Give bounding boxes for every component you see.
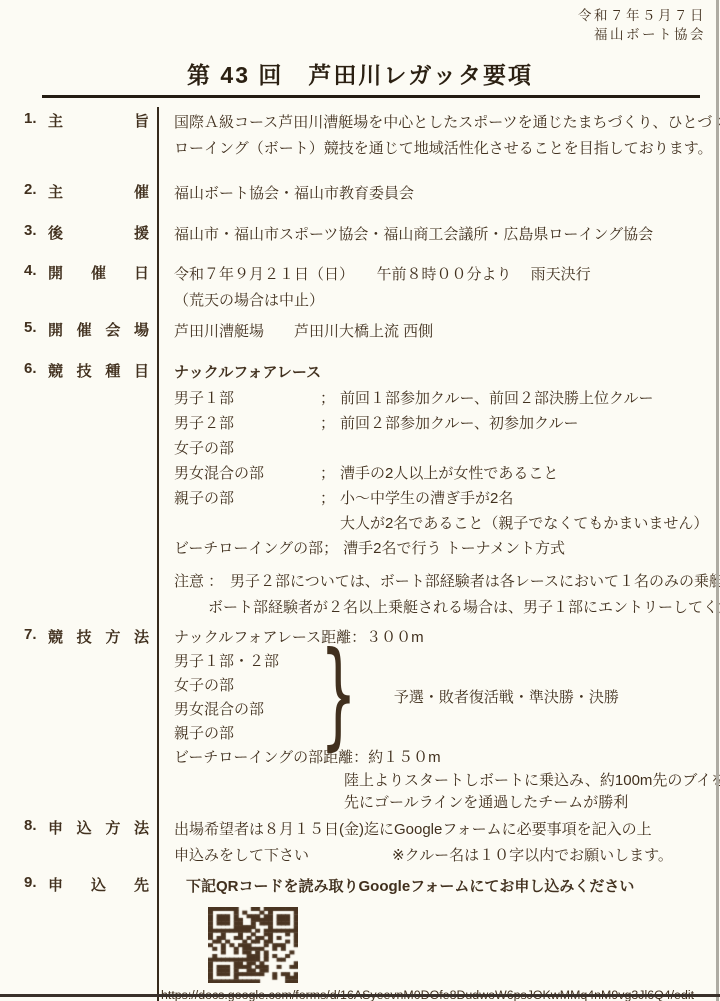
- document-page: 令和７年５月７日 福山ボート協会 第 43 回 芦田川レガッタ要項 1. 主旨 …: [0, 0, 720, 1001]
- section-content: 芦田川漕艇場 芦田川大橋上流 西側: [157, 316, 720, 357]
- section-label-text: 主旨: [48, 110, 149, 131]
- section-event-date: 4. 開催日 令和７年９月２１日（日） 午前８時００分より 雨天決行 （荒天の場…: [0, 259, 720, 316]
- scan-edge-right: [716, 0, 719, 1001]
- section-number: 6.: [24, 360, 48, 377]
- title-underline: [42, 95, 700, 98]
- section-application-method: 8. 申込方法 出場希望者は８月１５日(金)迄にGoogleフォームに必要事項を…: [0, 814, 720, 871]
- event-name: 男女混合の部: [174, 461, 320, 486]
- section-content: 令和７年９月２１日（日） 午前８時００分より 雨天決行 （荒天の場合は中止）: [157, 259, 720, 316]
- qr-instruction-heading: 下記QRコードを読み取りGoogleフォームにてお申し込みください: [186, 874, 718, 899]
- event-description: 小～中学生の漕ぎ手が2名: [340, 486, 718, 511]
- text-line: 申込みをして下さい ※クルー名は１０字以内でお願いします。: [174, 843, 718, 869]
- event-row: 男子１部 ； 前回１部参加クルー、前回２部決勝上位クルー: [174, 386, 718, 411]
- text-line: 陸上よりスタートしボートに乗込み、約100m先のブイを回って: [344, 770, 718, 792]
- section-content: 福山ボート協会・福山市教育委員会: [157, 178, 720, 219]
- section-race-format: 7. 競技方法 ナックルフォアレース 距離：３００m 男子１部・２部 女子の部 …: [0, 623, 720, 814]
- notice-block: 注意 ： 男子２部については、ボート部経験者は各レースにおいて１名のみの乗艇可と…: [174, 569, 718, 621]
- sections-container: 1. 主旨 国際Ａ級コース芦田川漕艇場を中心としたスポーツを通じたまちづくり、ひ…: [0, 107, 720, 1001]
- event-separator: ；: [320, 461, 340, 486]
- distance-row: ビーチローイングの部 距離：約１５０m: [174, 746, 718, 770]
- distance-value: 距離：３００m: [321, 626, 718, 650]
- section-label: 3. 後援: [0, 219, 157, 259]
- text-line: 福山市・福山市スポーツ協会・福山商工会議所・広島県ローイング協会: [174, 222, 718, 248]
- distance-row: ナックルフォアレース 距離：３００m: [174, 626, 718, 650]
- section-label: 8. 申込方法: [0, 814, 157, 871]
- event-name: 男子２部: [174, 411, 320, 436]
- event-row: 女子の部: [174, 436, 718, 461]
- section-label: 4. 開催日: [0, 259, 157, 316]
- text-line: 令和７年９月２１日（日） 午前８時００分より 雨天決行: [174, 262, 718, 288]
- section-purpose: 1. 主旨 国際Ａ級コース芦田川漕艇場を中心としたスポーツを通じたまちづくり、ひ…: [0, 107, 720, 178]
- section-label-text: 競技種目: [48, 360, 149, 381]
- bottom-rule: [0, 994, 720, 997]
- section-number: 8.: [24, 817, 48, 834]
- crew-name-note: ※クルー名は１０字以内でお願いします。: [392, 843, 673, 869]
- text-line: 芦田川漕艇場 芦田川大橋上流 西側: [174, 319, 718, 345]
- brace-group: 男子１部・２部 女子の部 男女混合の部 親子の部 } 予選・敗者復活戦・準決勝・…: [174, 650, 718, 746]
- section-label: 7. 競技方法: [0, 623, 157, 814]
- notice-text: ボート部経験者が２名以上乗艇される場合は、男子１部にエントリーしてくだい。: [208, 595, 718, 621]
- section-content: ナックルフォアレース 距離：３００m 男子１部・２部 女子の部 男女混合の部 親…: [157, 623, 720, 814]
- text-part: 申込みをして下さい: [174, 843, 392, 869]
- event-row: 男女混合の部 ； 漕手の2人以上が女性であること: [174, 461, 718, 486]
- section-number: 9.: [24, 874, 48, 891]
- event-separator: [320, 511, 340, 536]
- section-content: 出場希望者は８月１５日(金)迄にGoogleフォームに必要事項を記入の上 申込み…: [157, 814, 720, 871]
- event-separator: ；: [320, 386, 340, 411]
- section-label-text: 申込先: [48, 874, 149, 895]
- section-label: 5. 開催会場: [0, 316, 157, 357]
- brace-item: 親子の部: [174, 722, 320, 746]
- header-date-block: 令和７年５月７日 福山ボート協会: [0, 0, 720, 44]
- section-supporters: 3. 後援 福山市・福山市スポーツ協会・福山商工会議所・広島県ローイング協会: [0, 219, 720, 259]
- page-title: 第 43 回 芦田川レガッタ要項: [0, 57, 720, 90]
- event-separator: ；: [323, 536, 343, 561]
- issue-date: 令和７年５月７日: [0, 6, 706, 25]
- event-separator: ；: [320, 411, 340, 436]
- section-content: 下記QRコードを読み取りGoogleフォームにてお申し込みください https:…: [157, 871, 720, 1001]
- section-race-categories: 6. 競技種目 ナックルフォアレース 男子１部 ； 前回１部参加クルー、前回２部…: [0, 357, 720, 623]
- event-name: ビーチローイングの部: [174, 536, 323, 561]
- notice-line: 注意 ： 男子２部については、ボート部経験者は各レースにおいて１名のみの乗艇可と…: [174, 569, 718, 595]
- event-description: 前回１部参加クルー、前回２部決勝上位クルー: [340, 386, 718, 411]
- event-name: ビーチローイングの部: [174, 746, 323, 770]
- section-label: 9. 申込先: [0, 871, 157, 1001]
- notice-text: 男子２部については、ボート部経験者は各レースにおいて１名のみの乗艇可とします。: [230, 569, 720, 595]
- brace-item: 男子１部・２部: [174, 650, 320, 674]
- brace-item: 女子の部: [174, 674, 320, 698]
- event-description: 漕手2名で行う トーナメント方式: [343, 536, 718, 561]
- text-line: （荒天の場合は中止）: [174, 288, 718, 314]
- text-line: 国際Ａ級コース芦田川漕艇場を中心としたスポーツを通じたまちづくり、ひとづくりを行…: [174, 110, 718, 136]
- section-label-text: 開催会場: [48, 319, 149, 340]
- section-label-text: 申込方法: [48, 817, 149, 838]
- section-label: 6. 競技種目: [0, 357, 157, 623]
- brace-item: 男女混合の部: [174, 698, 320, 722]
- text-line: 福山ボート協会・福山市教育委員会: [174, 181, 718, 207]
- event-description: [340, 436, 718, 461]
- section-content: 国際Ａ級コース芦田川漕艇場を中心としたスポーツを通じたまちづくり、ひとづくりを行…: [157, 107, 720, 178]
- section-venue: 5. 開催会場 芦田川漕艇場 芦田川大橋上流 西側: [0, 316, 720, 357]
- section-label-text: 後援: [48, 222, 149, 243]
- text-line: 先にゴールラインを通過したチームが勝利: [344, 792, 718, 814]
- event-row: ビーチローイングの部 ； 漕手2名で行う トーナメント方式: [174, 536, 718, 561]
- section-number: 7.: [24, 626, 48, 643]
- event-row: 親子の部 ； 小～中学生の漕ぎ手が2名: [174, 486, 718, 511]
- text-line: 出場希望者は８月１５日(金)迄にGoogleフォームに必要事項を記入の上: [174, 817, 718, 843]
- event-separator: [320, 436, 340, 461]
- text-line: ローイング（ボート）競技を通じて地域活性化させることを目指しております。: [174, 136, 718, 162]
- distance-value: 距離：約１５０m: [323, 746, 718, 770]
- section-number: 1.: [24, 110, 48, 127]
- section-content: 福山市・福山市スポーツ協会・福山商工会議所・広島県ローイング協会: [157, 219, 720, 259]
- section-number: 3.: [24, 222, 48, 239]
- event-row: 男子２部 ； 前回２部参加クルー、初参加クルー: [174, 411, 718, 436]
- section-number: 2.: [24, 181, 48, 198]
- brace-item-list: 男子１部・２部 女子の部 男女混合の部 親子の部: [174, 650, 320, 746]
- event-name: 親子の部: [174, 486, 320, 511]
- event-description: 漕手の2人以上が女性であること: [340, 461, 718, 486]
- event-name: 女子の部: [174, 436, 320, 461]
- event-name: 男子１部: [174, 386, 320, 411]
- section-number: 5.: [24, 319, 48, 336]
- section-content: ナックルフォアレース 男子１部 ； 前回１部参加クルー、前回２部決勝上位クルー …: [157, 357, 720, 623]
- section-label-text: 主催: [48, 181, 149, 202]
- race-type-heading: ナックルフォアレース: [174, 360, 718, 386]
- event-name: [174, 511, 320, 536]
- event-row: 大人が2名であること（親子でなくてもかまいません）: [174, 511, 718, 536]
- event-separator: ；: [320, 486, 340, 511]
- event-description: 前回２部参加クルー、初参加クルー: [340, 411, 718, 436]
- section-organizer: 2. 主催 福山ボート協会・福山市教育委員会: [0, 178, 720, 219]
- section-label: 1. 主旨: [0, 107, 157, 178]
- qr-code: [208, 907, 298, 983]
- event-name: ナックルフォアレース: [174, 626, 321, 650]
- section-number: 4.: [24, 262, 48, 279]
- issuing-org: 福山ボート協会: [0, 25, 706, 44]
- section-label-text: 競技方法: [48, 626, 149, 647]
- event-description: 大人が2名であること（親子でなくてもかまいません）: [340, 511, 718, 536]
- section-label: 2. 主催: [0, 178, 157, 219]
- curly-brace-graphic: }: [320, 650, 357, 746]
- section-label-text: 開催日: [48, 262, 149, 283]
- section-application-destination: 9. 申込先 下記QRコードを読み取りGoogleフォームにてお申し込みください…: [0, 871, 720, 1001]
- tournament-stages-text: 予選・敗者復活戦・準決勝・決勝: [394, 686, 619, 710]
- notice-label: 注意 ：: [174, 569, 230, 595]
